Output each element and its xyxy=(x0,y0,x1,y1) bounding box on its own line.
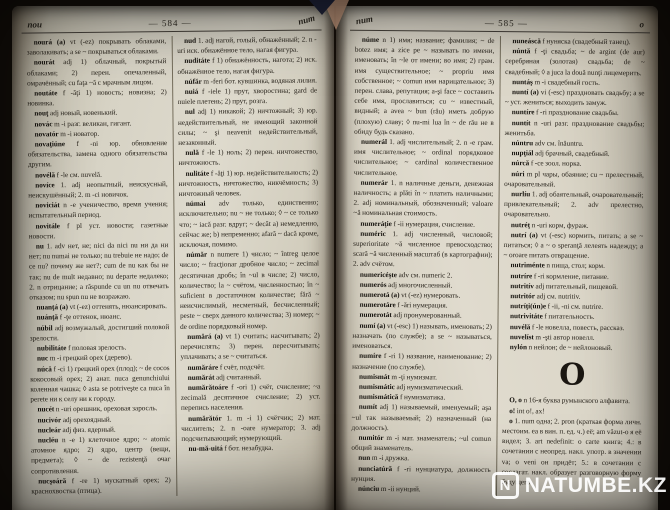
headword: numericéşte xyxy=(360,270,397,278)
entry-body: m -feri бот. кувшинка, водяная лилия. xyxy=(203,76,317,85)
headword: numerotáre xyxy=(360,301,396,309)
headword: număráre xyxy=(188,363,219,371)
entry-body: n пища, стол; корм. xyxy=(546,262,605,271)
watermark-text: NATUMBE.KZ xyxy=(525,474,667,498)
watermark-logo-icon: N xyxy=(492,472,519,499)
dictionary-entry: nunciatúră f -ri нунциатура, должность н… xyxy=(351,463,491,485)
headword: numismát xyxy=(359,372,390,380)
headword: nul xyxy=(185,108,195,116)
entry-body: adj многочисленный. xyxy=(388,281,452,290)
headword: nulă xyxy=(185,149,199,157)
dictionary-entry: numitór m -i мат. знаменатель; ~ul comun… xyxy=(351,433,491,455)
headword: novíce xyxy=(35,181,55,189)
right-page-columns: núme n 1) имя; название; фамилия; ~ de b… xyxy=(346,35,650,498)
headword: numerál xyxy=(361,138,387,146)
right-page-column-2: nuneáscă f нуняска (свадебный танец). nú… xyxy=(495,36,650,497)
headword: nucét xyxy=(37,406,54,414)
entry-body: adj 1) никакой; 2) ничтожный; 3) юр. нед… xyxy=(178,107,318,147)
dictionary-entry: nourá (a) vt (-ez) покрывать облаками, з… xyxy=(27,36,167,58)
entry-body: f -iele 1) прут, хворостина; gard de nui… xyxy=(178,87,317,107)
headword: novitále xyxy=(36,222,60,230)
entry-body: n нейлон; de ~ нейлоновый. xyxy=(529,343,613,352)
headword: nutréţ xyxy=(511,221,530,229)
headword: nuneá xyxy=(358,495,377,496)
headword: numerár xyxy=(361,179,388,187)
headword: numărát xyxy=(188,373,215,381)
headword: núfăr xyxy=(185,78,202,86)
headword: nourát xyxy=(34,59,55,67)
entry-body: adj новый, новенький. xyxy=(50,109,117,118)
left-page-column-1: nourá (a) vt (-ez) покрывать облаками, з… xyxy=(22,36,176,498)
entry-body: f счёт, подсчёт. xyxy=(220,363,265,371)
entry-body: f -ce зоол. норка. xyxy=(531,160,582,168)
headword: nourá (a) xyxy=(34,38,66,46)
entry-body: adv см. numeric 2. xyxy=(399,271,453,279)
entry-body: f -ţe оттенок, нюанс. xyxy=(60,313,122,322)
entry-body: f -ele уст. родинка. xyxy=(378,495,434,496)
entry-body: 1. adv нет, не; nici da nici nu ни да ни… xyxy=(29,241,169,301)
headword: numeráţie xyxy=(360,219,392,227)
dictionary-entry: numărá (a) vt 1) считать; насчитывать; 2… xyxy=(180,330,320,362)
dictionary-entry: nu 1. adv нет, не; nici da nici nu ни да… xyxy=(29,240,169,303)
headword: numărá (a) xyxy=(187,332,223,340)
headword: númai xyxy=(186,200,206,208)
right-page-header: num — 585 — o xyxy=(350,17,650,34)
headword: nuvélă xyxy=(510,323,530,331)
headword: nuanţá (a) xyxy=(36,303,68,311)
entry-body: adj считанный. xyxy=(216,373,262,381)
headword: nutritív xyxy=(510,282,534,290)
headword: núme xyxy=(362,36,379,44)
headword: nud xyxy=(184,37,196,45)
entry-body: adv см. înăuntru. xyxy=(535,139,584,147)
entry-body: f -le см. nuvelă. xyxy=(57,170,102,178)
dictionary-entry: novitále f pl уст. новости; газетные нов… xyxy=(29,220,169,242)
headword: nupţiál xyxy=(511,149,533,157)
dictionary-entry: nurlíu 1. adj обаятельный, очаровательны… xyxy=(504,189,644,221)
headword: nucşoáră xyxy=(38,477,66,485)
headword: numéric xyxy=(360,230,386,238)
headword: nun xyxy=(358,454,370,462)
dictionary-entry: noutáte f -ăţi 1) новость; новизна; 2) н… xyxy=(27,87,167,109)
headword: numerotá (a) xyxy=(360,291,400,299)
headword: nutríţi(ún)e xyxy=(510,302,546,310)
left-page-columns: nourá (a) vt (-ez) покрывать облаками, з… xyxy=(22,34,327,497)
headword: numerotát xyxy=(360,311,392,319)
dictionary-entry: nylón n нейлон; de ~ нейлоновый. xyxy=(503,342,643,353)
entry-body: f -le новелла, повесть, рассказ. xyxy=(532,323,625,332)
dictionary-entry: nul adj 1) никакой; 2) ничтожный; 3) юр.… xyxy=(178,106,318,148)
dictionary-entry: noviciát n -e ученичество, время учения;… xyxy=(28,199,168,221)
page-number-right: — 585 — xyxy=(485,18,528,28)
entry-body: f бот. незабудка. xyxy=(224,444,273,453)
entry-body: f половая зрелость. xyxy=(68,344,126,353)
entry-body: n 1) имя; название; фамилия; ~ de botez … xyxy=(354,36,494,136)
entry-body: m -i свадебный гость. xyxy=(534,78,600,87)
headword: nucleár xyxy=(38,426,61,434)
dictionary-page-right: num — 585 — o núme n 1) имя; название; ф… xyxy=(336,6,658,510)
dictionary-entry: nuntí (a) vi (-esc) праздновать свадьбу;… xyxy=(505,87,645,109)
headword: nutrivitáte xyxy=(510,313,543,321)
dictionary-entry: numéric 1. adj численный, числовой; supe… xyxy=(353,229,493,271)
dictionary-entry: nucléu n -e 1) клеточное ядро; ~ atomic … xyxy=(31,434,171,476)
headword: numismátică xyxy=(359,393,399,401)
entries-before-letter-o: nuneáscă f нуняска (свадебный танец). nú… xyxy=(503,36,645,354)
entry-body: f -ii, -ni см. nutrire. xyxy=(548,303,604,311)
dictionary-entry: numerár 1. n наличные деньги, денежная н… xyxy=(353,178,493,220)
dictionary-entry: numărătoáre f -ori 1) счёт, счисление; ~… xyxy=(181,381,321,413)
headword: noviciát xyxy=(35,201,59,209)
entry-body: adj физ. ядерный. xyxy=(62,425,115,434)
headword: núnciu xyxy=(358,485,379,493)
dictionary-entry: nuditáte f 1) обнажённость, нагота; 2) и… xyxy=(177,55,317,77)
headword: nuneáscă xyxy=(512,37,540,45)
entry-body: f нумизматика. xyxy=(400,393,445,401)
headword: nulitáte xyxy=(186,169,210,177)
dictionary-entry: númăr n numere 1) число; ~ întreg целое … xyxy=(179,249,319,332)
dictionary-entry: nuanţá (a) vt (-ez) оттенять, нюансирова… xyxy=(29,301,169,313)
dictionary-entry: núbil adj возмужалый, достигший половой … xyxy=(30,322,170,344)
headword: nuánţă xyxy=(37,314,59,322)
dictionary-entry: numít adj 1) называемый, именуемый; aşa … xyxy=(352,402,492,434)
headword: núrcă xyxy=(511,160,529,168)
guide-word-right: o xyxy=(640,19,645,29)
headword: núbil xyxy=(37,324,53,332)
entry-body: m -ii нунций. xyxy=(381,485,421,493)
headword: nuntáş xyxy=(512,78,533,86)
entry-body: n numere 1) число; ~ întreg целое число;… xyxy=(179,250,319,331)
headword: nutríre xyxy=(510,272,532,280)
left-page-header: nou — 584 — num xyxy=(21,16,321,33)
headword: o xyxy=(509,417,513,425)
dictionary-entry: nu-mă-uitá f бот. незабудка. xyxy=(181,443,321,455)
entry-body: f -ri празднование свадьбы. xyxy=(536,109,619,118)
dictionary-page-left: nou — 584 — num nourá (a) vt (-ez) покры… xyxy=(12,6,334,510)
dictionary-entry: O, o n 16-я буква румынского алфавита. xyxy=(502,395,642,406)
headword: núntă xyxy=(512,47,530,55)
headword: o! xyxy=(509,407,515,415)
headword: núntru xyxy=(512,139,534,147)
dictionary-entry: numíre f -ri 1) название, наименование; … xyxy=(352,351,492,373)
entry-body: adj питательный, пищевой. xyxy=(535,282,617,291)
dictionary-entry: núntă f -ţi свадьба; ~ de argint (de aur… xyxy=(505,46,645,78)
headword: nunciatúră xyxy=(358,464,392,472)
entry-body: 1. adj нагой, голый, обнажённый; 2. n -u… xyxy=(177,35,316,55)
headword: O, o xyxy=(509,396,522,404)
dictionary-entry: numerál 1. adj числительный; 2. n -e гра… xyxy=(354,137,494,179)
bookmark-ribbon xyxy=(309,0,335,15)
entry-body: adj орехоядный. xyxy=(63,415,112,424)
dictionary-entry: nuntíre f -ri празднование свадьбы. xyxy=(505,107,645,118)
dictionary-entry: nuneá f -ele уст. родинка. xyxy=(351,494,491,496)
headword: nutrí (a) xyxy=(511,231,538,239)
headword: numíre xyxy=(359,352,381,360)
entry-body: n -uri орешник, ореховая заросль. xyxy=(56,404,158,413)
entry-body: n -uri корм, фураж. xyxy=(532,221,589,229)
headword: numít xyxy=(359,403,377,411)
headword: novác xyxy=(34,120,52,128)
entry-body: f нуняска (свадебный танец). xyxy=(542,37,630,46)
headword: nuntíre xyxy=(512,109,535,117)
entry-body: m -ţi нумизмат. xyxy=(391,373,437,381)
left-page-column-2: nud 1. adj нагой, голый, обнажённый; 2. … xyxy=(171,34,326,496)
headword: nuditáte xyxy=(184,57,210,65)
entry-body: m pl чары, обаяние; cu ~ прелестный, оча… xyxy=(504,170,644,188)
entry-body: adj нумизматический. xyxy=(396,383,463,392)
entry-body: vt (-ez) оттенять, нюансировать. xyxy=(70,302,167,311)
entry-body: f -ări нумерация. xyxy=(397,301,447,309)
page-number-left: — 584 — xyxy=(149,18,192,28)
section-letter-o: O xyxy=(502,359,642,392)
entry-body: m -i разг. великан, гигант. xyxy=(54,119,131,128)
guide-word-left: nou xyxy=(27,19,42,29)
entry-body: adj брачный, свадебный. xyxy=(535,150,610,159)
headword: nu xyxy=(36,242,44,250)
dictionary-entry: núme n 1) имя; название; фамилия; ~ de b… xyxy=(354,35,494,138)
dictionary-entry: núrcă f -ce зоол. норка. xyxy=(504,158,644,169)
dictionary-entry: nutrí (a) vt (-esc) кормить, питать; a s… xyxy=(504,230,644,262)
headword: numărătoáre xyxy=(188,383,228,391)
headword: numitór xyxy=(358,434,383,442)
headword: numerós xyxy=(360,281,387,289)
right-page-column-1: núme n 1) имя; название; фамилия; ~ de b… xyxy=(346,35,500,496)
dictionary-entry: nun m -i дружка. xyxy=(351,453,491,464)
headword: numí (a) xyxy=(359,321,385,329)
headword: nutriménte xyxy=(510,262,544,270)
headword: nuc xyxy=(37,355,48,363)
dictionary-entry: nucét n -uri орешник, ореховая заросль. xyxy=(30,403,170,415)
dictionary-entry: nuiá f -iele 1) прут, хворостина; gard d… xyxy=(178,86,318,108)
entry-body: n 16-я буква румынского алфавита. xyxy=(523,397,630,406)
headword: nuvelíst xyxy=(510,333,534,341)
headword: novatór xyxy=(35,130,59,138)
headword: nouţ xyxy=(34,110,48,118)
headword: numărătór xyxy=(188,414,222,422)
dictionary-entry: nucşoáră f -re 1) мускатный орех; 2) кра… xyxy=(31,475,171,497)
headword: nuntí (a) xyxy=(512,88,539,96)
headword: nuntít xyxy=(512,119,531,127)
dictionary-entry: núcă f -ci 1) грецкий орех (плод); ~ de … xyxy=(30,363,170,405)
entry-body: m -şti автор новелл. xyxy=(535,333,594,342)
headword: núcă xyxy=(37,365,52,373)
entry-body: vt (-ez) нумеровать. xyxy=(401,291,460,300)
headword: nylón xyxy=(510,343,527,351)
headword: numismátic xyxy=(359,383,395,391)
headword: novaţiúne xyxy=(35,140,65,148)
dictionary-entry: nourát adj 1) облачный, покрытый облакам… xyxy=(27,56,167,88)
entry-body: int о!, ах! xyxy=(517,407,545,415)
headword: nuiá xyxy=(185,88,199,96)
dictionary-entry: nud 1. adj нагой, голый, обнажённый; 2. … xyxy=(177,34,317,56)
guide-word-left: num xyxy=(355,14,373,27)
watermark: N NATUMBE.KZ xyxy=(492,472,667,499)
entry-body: m -i грецкий орех (дерево). xyxy=(50,354,132,363)
entry-body: m -i дружка. xyxy=(372,454,409,462)
dictionary-entry: numărătór 1. m -i 1) счётчик; 2) мат. чи… xyxy=(181,412,321,444)
headword: nucléu xyxy=(38,436,58,444)
entry-body: m -i новатор. xyxy=(60,130,99,138)
headword: nutritór xyxy=(510,292,535,300)
entry-body: f -le 1) ноль; 2) перен. ничтожество, ни… xyxy=(178,148,317,168)
entry-body: f -ri кормление, питание. xyxy=(534,272,609,281)
headword: númăr xyxy=(186,251,207,259)
headword: nubilitáte xyxy=(37,344,67,352)
dictionary-entry: numí (a) vt (-esc) 1) называть, именоват… xyxy=(352,320,492,352)
entry-body: f питательность. xyxy=(544,313,594,321)
entry-body: adj пронумерованный. xyxy=(393,312,461,321)
entry-body: adj см. nutritiv. xyxy=(537,292,581,300)
dictionary-entry: novíce 1. adj неопытный, неискусный, неи… xyxy=(28,179,168,201)
headword: novélă xyxy=(35,171,55,179)
headword: noutáte xyxy=(34,89,57,97)
entry-body: f -ii нумерация, счисление. xyxy=(393,220,474,229)
headword: nucivór xyxy=(38,416,62,424)
headword: nurlíu xyxy=(511,190,530,198)
dictionary-entry: númai adv только, единственно; исключите… xyxy=(179,198,319,250)
headword: nu-mă-uitá xyxy=(188,445,222,453)
dictionary-entry: nulă f -le 1) ноль; 2) перен. ничтожеств… xyxy=(178,147,318,169)
dictionary-entry: novaţiúne f -ni юр. обновление обязатель… xyxy=(28,138,168,170)
dictionary-entry: núri m pl чары, обаяние; cu ~ прелестный… xyxy=(504,169,644,191)
book-photo: nou — 584 — num nourá (a) vt (-ez) покры… xyxy=(0,0,670,510)
headword: núri xyxy=(511,170,524,178)
dictionary-entry: nulitáte f -ăţi 1) юр. недействительност… xyxy=(179,167,319,199)
dictionary-entry: nuntít n -uri разг. празднование свадьбы… xyxy=(505,118,645,140)
